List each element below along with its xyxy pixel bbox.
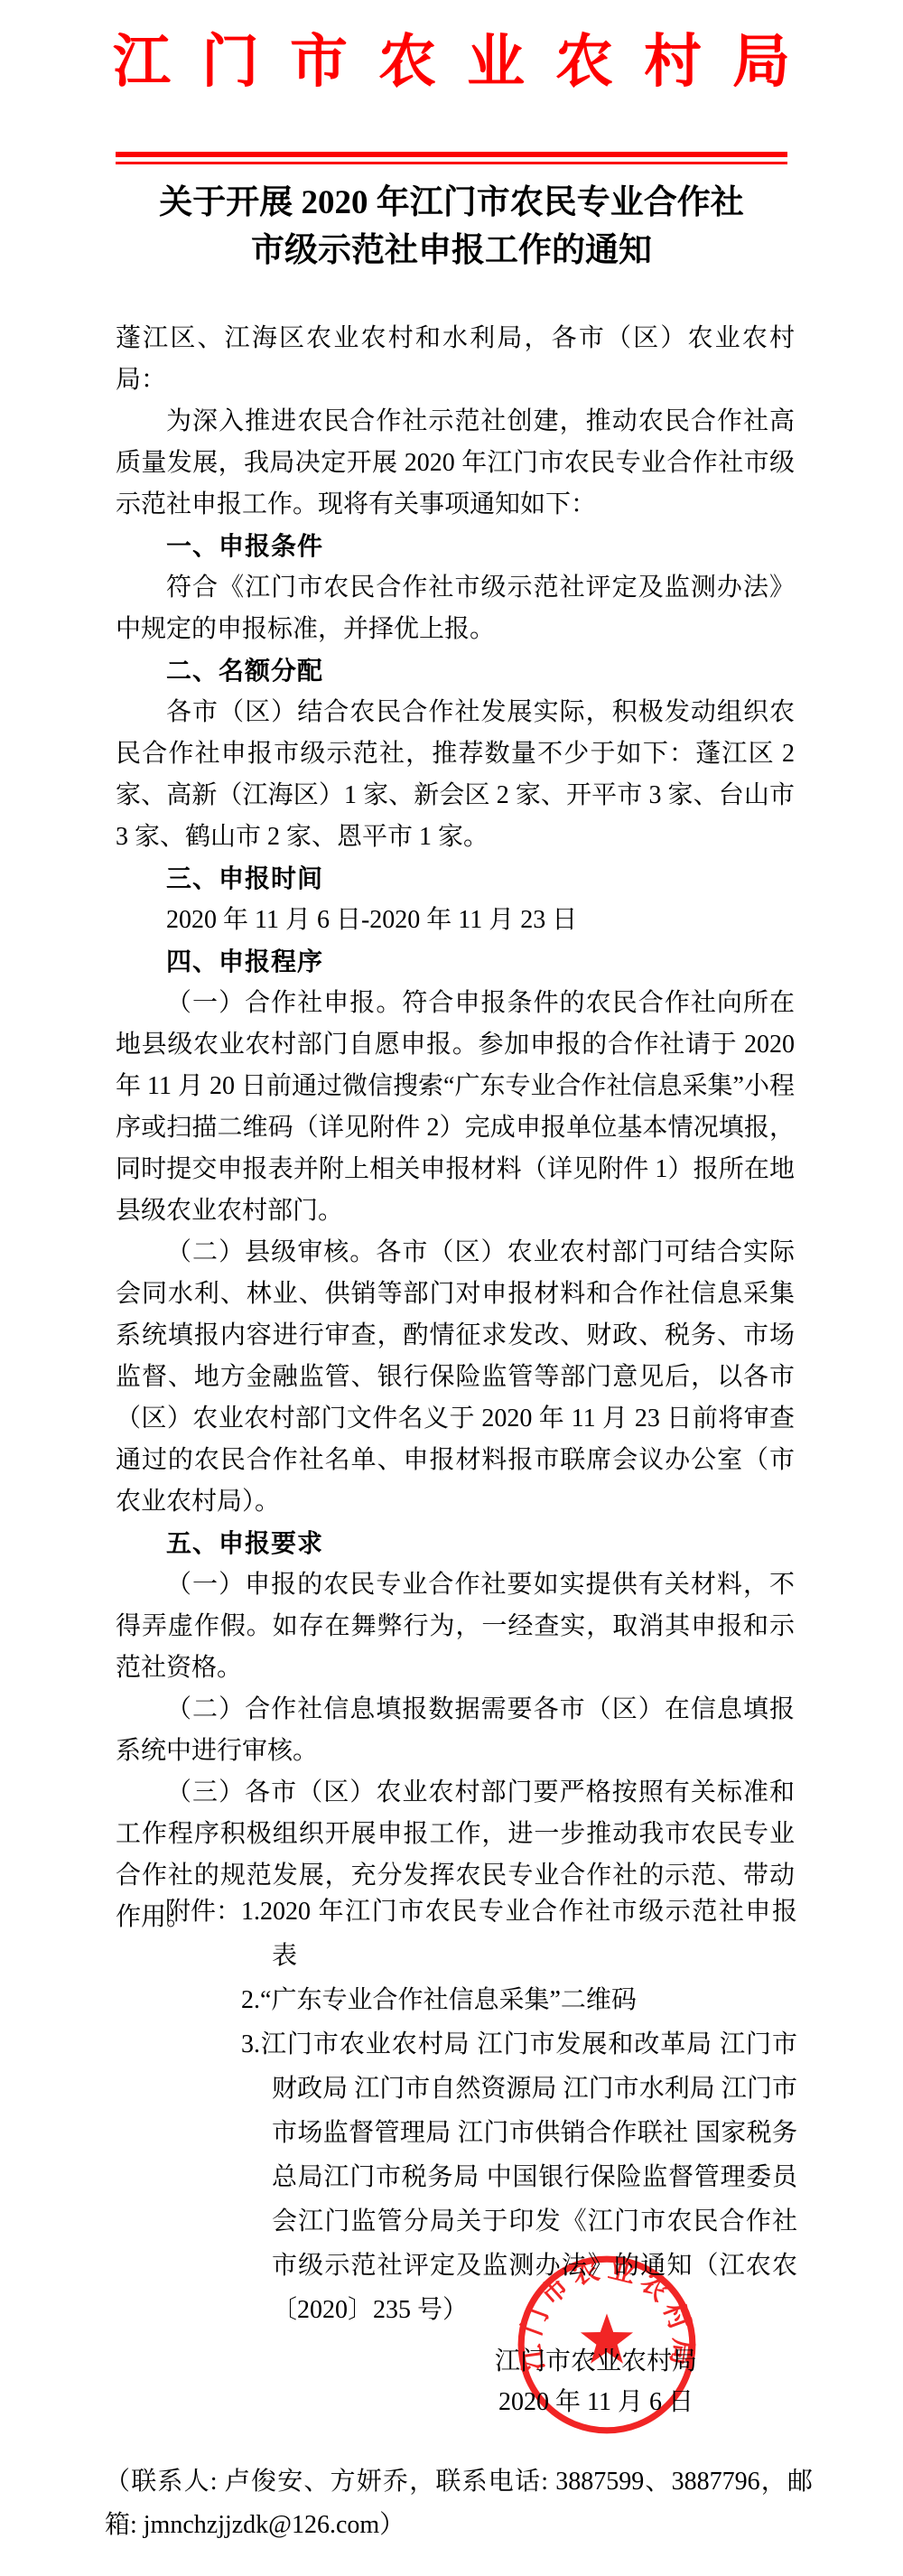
signature-date: 2020 年 11 月 6 日: [488, 2382, 704, 2422]
section-heading-5: 五、申报要求: [116, 1523, 795, 1564]
section-heading-1: 一、申报条件: [116, 526, 795, 567]
section-4-paragraph-2: （二）县级审核。各市（区）农业农村部门可结合实际会同水利、林业、供销等部门对申报…: [116, 1232, 795, 1523]
section-3-paragraph: 2020 年 11 月 6 日-2020 年 11 月 23 日: [116, 900, 795, 941]
section-4-paragraph-1: （一）合作社申报。符合申报条件的农民合作社向所在地县级农业农村部门自愿申报。参加…: [116, 983, 795, 1232]
document-title-line1: 关于开展 2020 年江门市农民专业合作社: [0, 179, 903, 227]
document-body: 蓬江区、江海区农业农村和水利局，各市（区）农业农村局： 为深入推进农民合作社示范…: [116, 318, 795, 1938]
document-title-line2: 市级示范社申报工作的通知: [0, 227, 903, 275]
letterhead-divider: [116, 152, 787, 164]
section-5-paragraph-1: （一）申报的农民专业合作社要如实提供有关材料，不得弄虚作假。如存在舞弊行为，一经…: [116, 1564, 795, 1689]
attachments-block: 附件： 1.2020 年江门市农民专业合作社市级示范社申报表 2.“广东专业合作…: [165, 1890, 797, 2332]
section-5-paragraph-2: （二）合作社信息填报数据需要各市（区）在信息填报系统中进行审核。: [116, 1689, 795, 1772]
section-heading-3: 三、申报时间: [116, 858, 795, 900]
attachment-item-2: 2.“广东专业合作社信息采集”二维码: [241, 1978, 797, 2022]
signature-agency: 江门市农业农村局: [488, 2341, 704, 2382]
section-1-paragraph: 符合《江门市农民合作社市级示范社评定及监测办法》中规定的申报标准，并择优上报。: [116, 567, 795, 650]
section-heading-2: 二、名额分配: [116, 650, 795, 692]
document-page: 江门市农业农村局 关于开展 2020 年江门市农民专业合作社 市级示范社申报工作…: [0, 0, 903, 2576]
attachment-item-1: 1.2020 年江门市农民专业合作社市级示范社申报表: [241, 1890, 797, 1978]
document-title: 关于开展 2020 年江门市农民专业合作社 市级示范社申报工作的通知: [0, 179, 903, 275]
letterhead-text: 江门市农业农村局: [113, 30, 821, 94]
contact-info: （联系人: 卢俊安、方妍乔，联系电话: 3887599、3887796，邮箱: …: [105, 2460, 813, 2547]
attachments-label: 附件：: [165, 1890, 241, 1934]
letterhead-agency-title: 江门市农业农村局: [0, 22, 903, 103]
section-heading-4: 四、申报程序: [116, 941, 795, 983]
intro-paragraph: 为深入推进农民合作社示范社创建，推动农民合作社高质量发展，我局决定开展 2020…: [116, 401, 795, 526]
section-2-paragraph: 各市（区）结合农民合作社发展实际，积极发动组织农民合作社申报市级示范社，推荐数量…: [116, 692, 795, 858]
recipient-line: 蓬江区、江海区农业农村和水利局，各市（区）农业农村局：: [116, 318, 795, 401]
signature-block: 江门市农业农村局 2020 年 11 月 6 日: [488, 2341, 704, 2422]
attachments-list: 1.2020 年江门市农民专业合作社市级示范社申报表 2.“广东专业合作社信息采…: [241, 1890, 797, 2332]
attachment-item-3: 3.江门市农业农村局 江门市发展和改革局 江门市财政局 江门市自然资源局 江门市…: [241, 2022, 797, 2332]
